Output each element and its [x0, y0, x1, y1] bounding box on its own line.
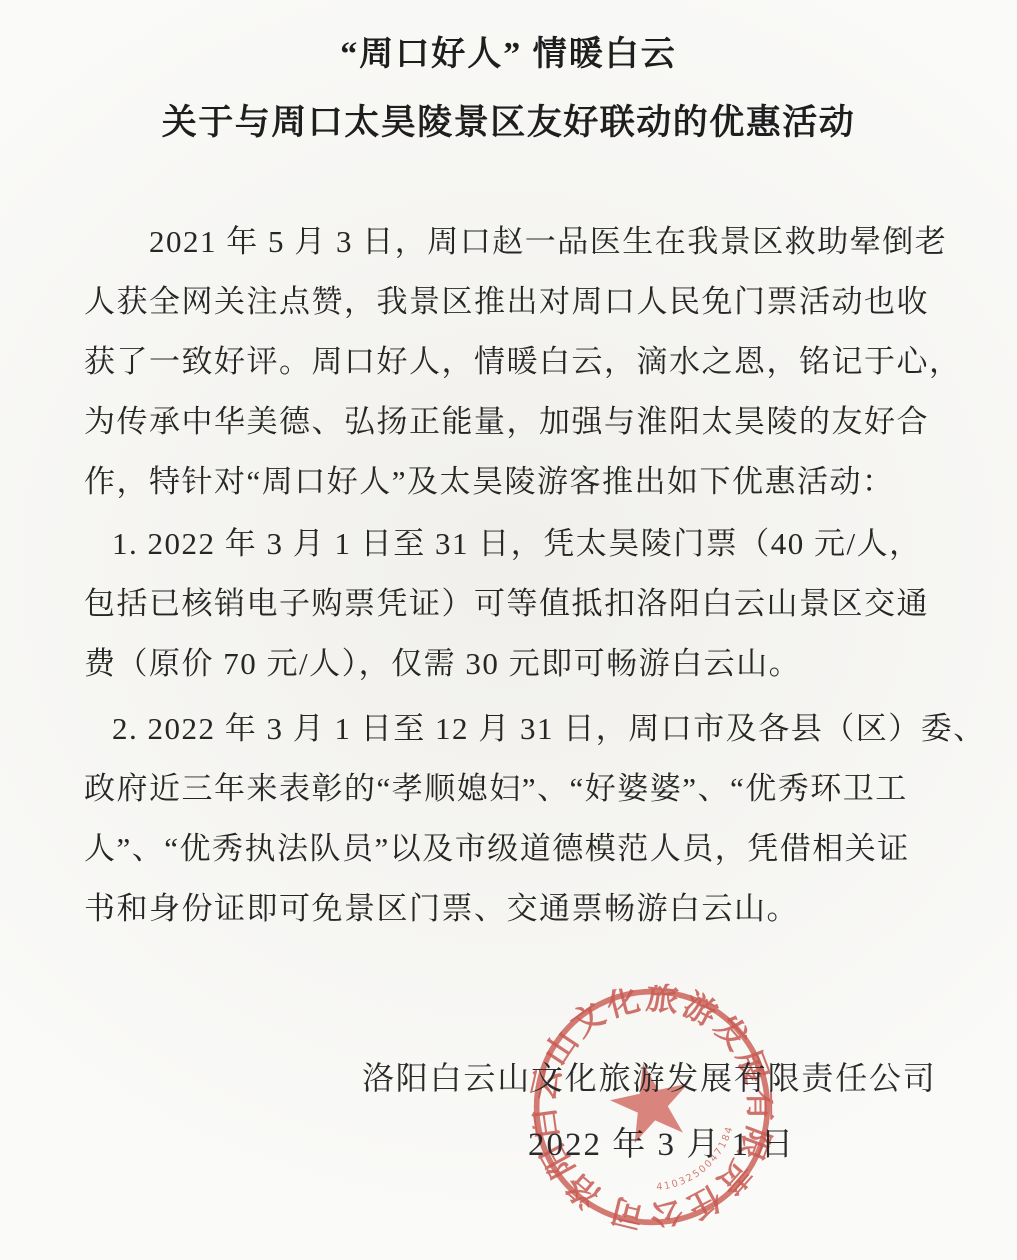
document-page: “周口好人” 情暖白云 关于与周口太昊陵景区友好联动的优惠活动 2021 年 5…: [0, 0, 1017, 1260]
body-line: 人”、“优秀执法队员”以及市级道德模范人员，凭借相关证: [84, 819, 947, 879]
body-line: 2. 2022 年 3 月 1 日至 12 月 31 日，周口市及各县（区）委、: [84, 699, 947, 759]
body-line: 为传承中华美德、弘扬正能量，加强与淮阳太昊陵的友好合: [84, 392, 947, 452]
document-body: 2021 年 5 月 3 日，周口赵一品医生在我景区救助晕倒老 人获全网关注点赞…: [0, 212, 1017, 939]
body-line: 2021 年 5 月 3 日，周口赵一品医生在我景区救助晕倒老: [84, 212, 947, 272]
body-line: 费（原价 70 元/人），仅需 30 元即可畅游白云山。: [84, 634, 947, 694]
body-line: 1. 2022 年 3 月 1 日至 31 日，凭太昊陵门票（40 元/人，: [84, 514, 947, 574]
body-line: 包括已核销电子购票凭证）可等值抵扣洛阳白云山景区交通: [84, 574, 947, 634]
body-line: 政府近三年来表彰的“孝顺媳妇”、“好婆婆”、“优秀环卫工: [84, 759, 947, 819]
document-title: “周口好人” 情暖白云: [0, 0, 1017, 78]
company-signature: 洛阳白云山文化旅游发展有限责任公司: [362, 1056, 937, 1100]
company-seal: 洛阳白云山文化旅游发展有限责任公司 4103250047184: [519, 974, 785, 1240]
body-line: 人获全网关注点赞，我景区推出对周口人民免门票活动也收: [84, 272, 947, 332]
body-line: 获了一致好评。周口好人，情暖白云，滴水之恩，铭记于心，: [84, 332, 947, 392]
document-date: 2022 年 3 月 1 日: [528, 1122, 795, 1168]
body-line: 作，特针对“周口好人”及太昊陵游客推出如下优惠活动：: [84, 452, 947, 512]
body-line: 书和身份证即可免景区门票、交通票畅游白云山。: [84, 879, 947, 939]
document-subtitle: 关于与周口太昊陵景区友好联动的优惠活动: [0, 100, 1017, 146]
